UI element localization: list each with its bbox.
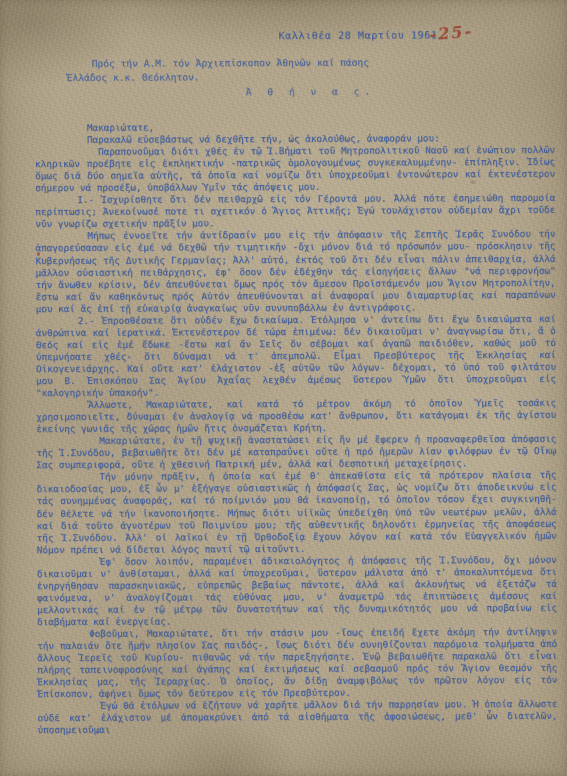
letter-paragraph: Ἐγώ θά ἐτόλμων νά ἐζήτουν νά χαρῆτε μᾶλλ… [37,699,557,737]
letter-content: Καλλιθέα 28 Μαρτίου 1961 -25- Πρός τήν Α… [0,0,567,776]
page-number-annotation: -25- [429,21,474,44]
recipient-block: Πρός τήν Α.Μ. τόν Ἀρχιεπίσκοπον Ἀθηνῶν κ… [34,57,375,101]
letter-paragraph: Μήπως ἐννοεῖτε τήν ἀντίδρασίν μου εἰς τή… [35,229,555,316]
letter-paragraph: Φοβοῦμαι, Μακαριώτατε, ὅτι τήν στάσιν μο… [37,627,557,702]
letter-paragraph: Παραπονοῦμαι διότι χθές ἐν τῷ Ἱ.Βήματι τ… [35,145,555,195]
letter-paragraph: Ἄλλωστε, Μακαριώτατε, καί κατά τό μέτρον… [36,398,556,436]
letter-paragraph: Τήν μόνην πρᾶξιν, ἡ ὁποία καί ἐμέ θ' ἀπε… [36,470,556,557]
dateline: Καλλιθέα 28 Μαρτίου 1961 [278,30,437,42]
recipient-city: Ἀ θ ή ν α ς. [246,86,375,100]
letter-paragraph: Ἐφ' ὅσον λοιπόν, παραμένει ἀδικαιολόγητο… [37,554,557,629]
recipient-line-1: Πρός τήν Α.Μ. τόν Ἀρχιεπίσκοπον Ἀθηνῶν κ… [92,57,375,72]
letter-page: Καλλιθέα 28 Μαρτίου 1961 -25- Πρός τήν Α… [0,0,567,776]
letter-paragraph: 2.- Ἐπροσθέσατε ὅτι οὐδέν ἔχω δικαίωμα. … [36,314,556,401]
recipient-line-2: Ἑλλάδος κ.κ. Θεόκλητον. [67,70,375,85]
letter-body: Μακαριώτατε, Παρακαλῶ εὐσεβάστως νά δεχθ… [35,121,558,738]
letter-paragraph: Ι.- Ἰσχυρίσθητε ὅτι δέν πειθαρχῶ εἰς τόν… [35,193,555,231]
letter-paragraph: Μακαριώτατε, ἐν τῇ ψυχικῇ ἀναστατώσει εἰ… [36,434,556,472]
